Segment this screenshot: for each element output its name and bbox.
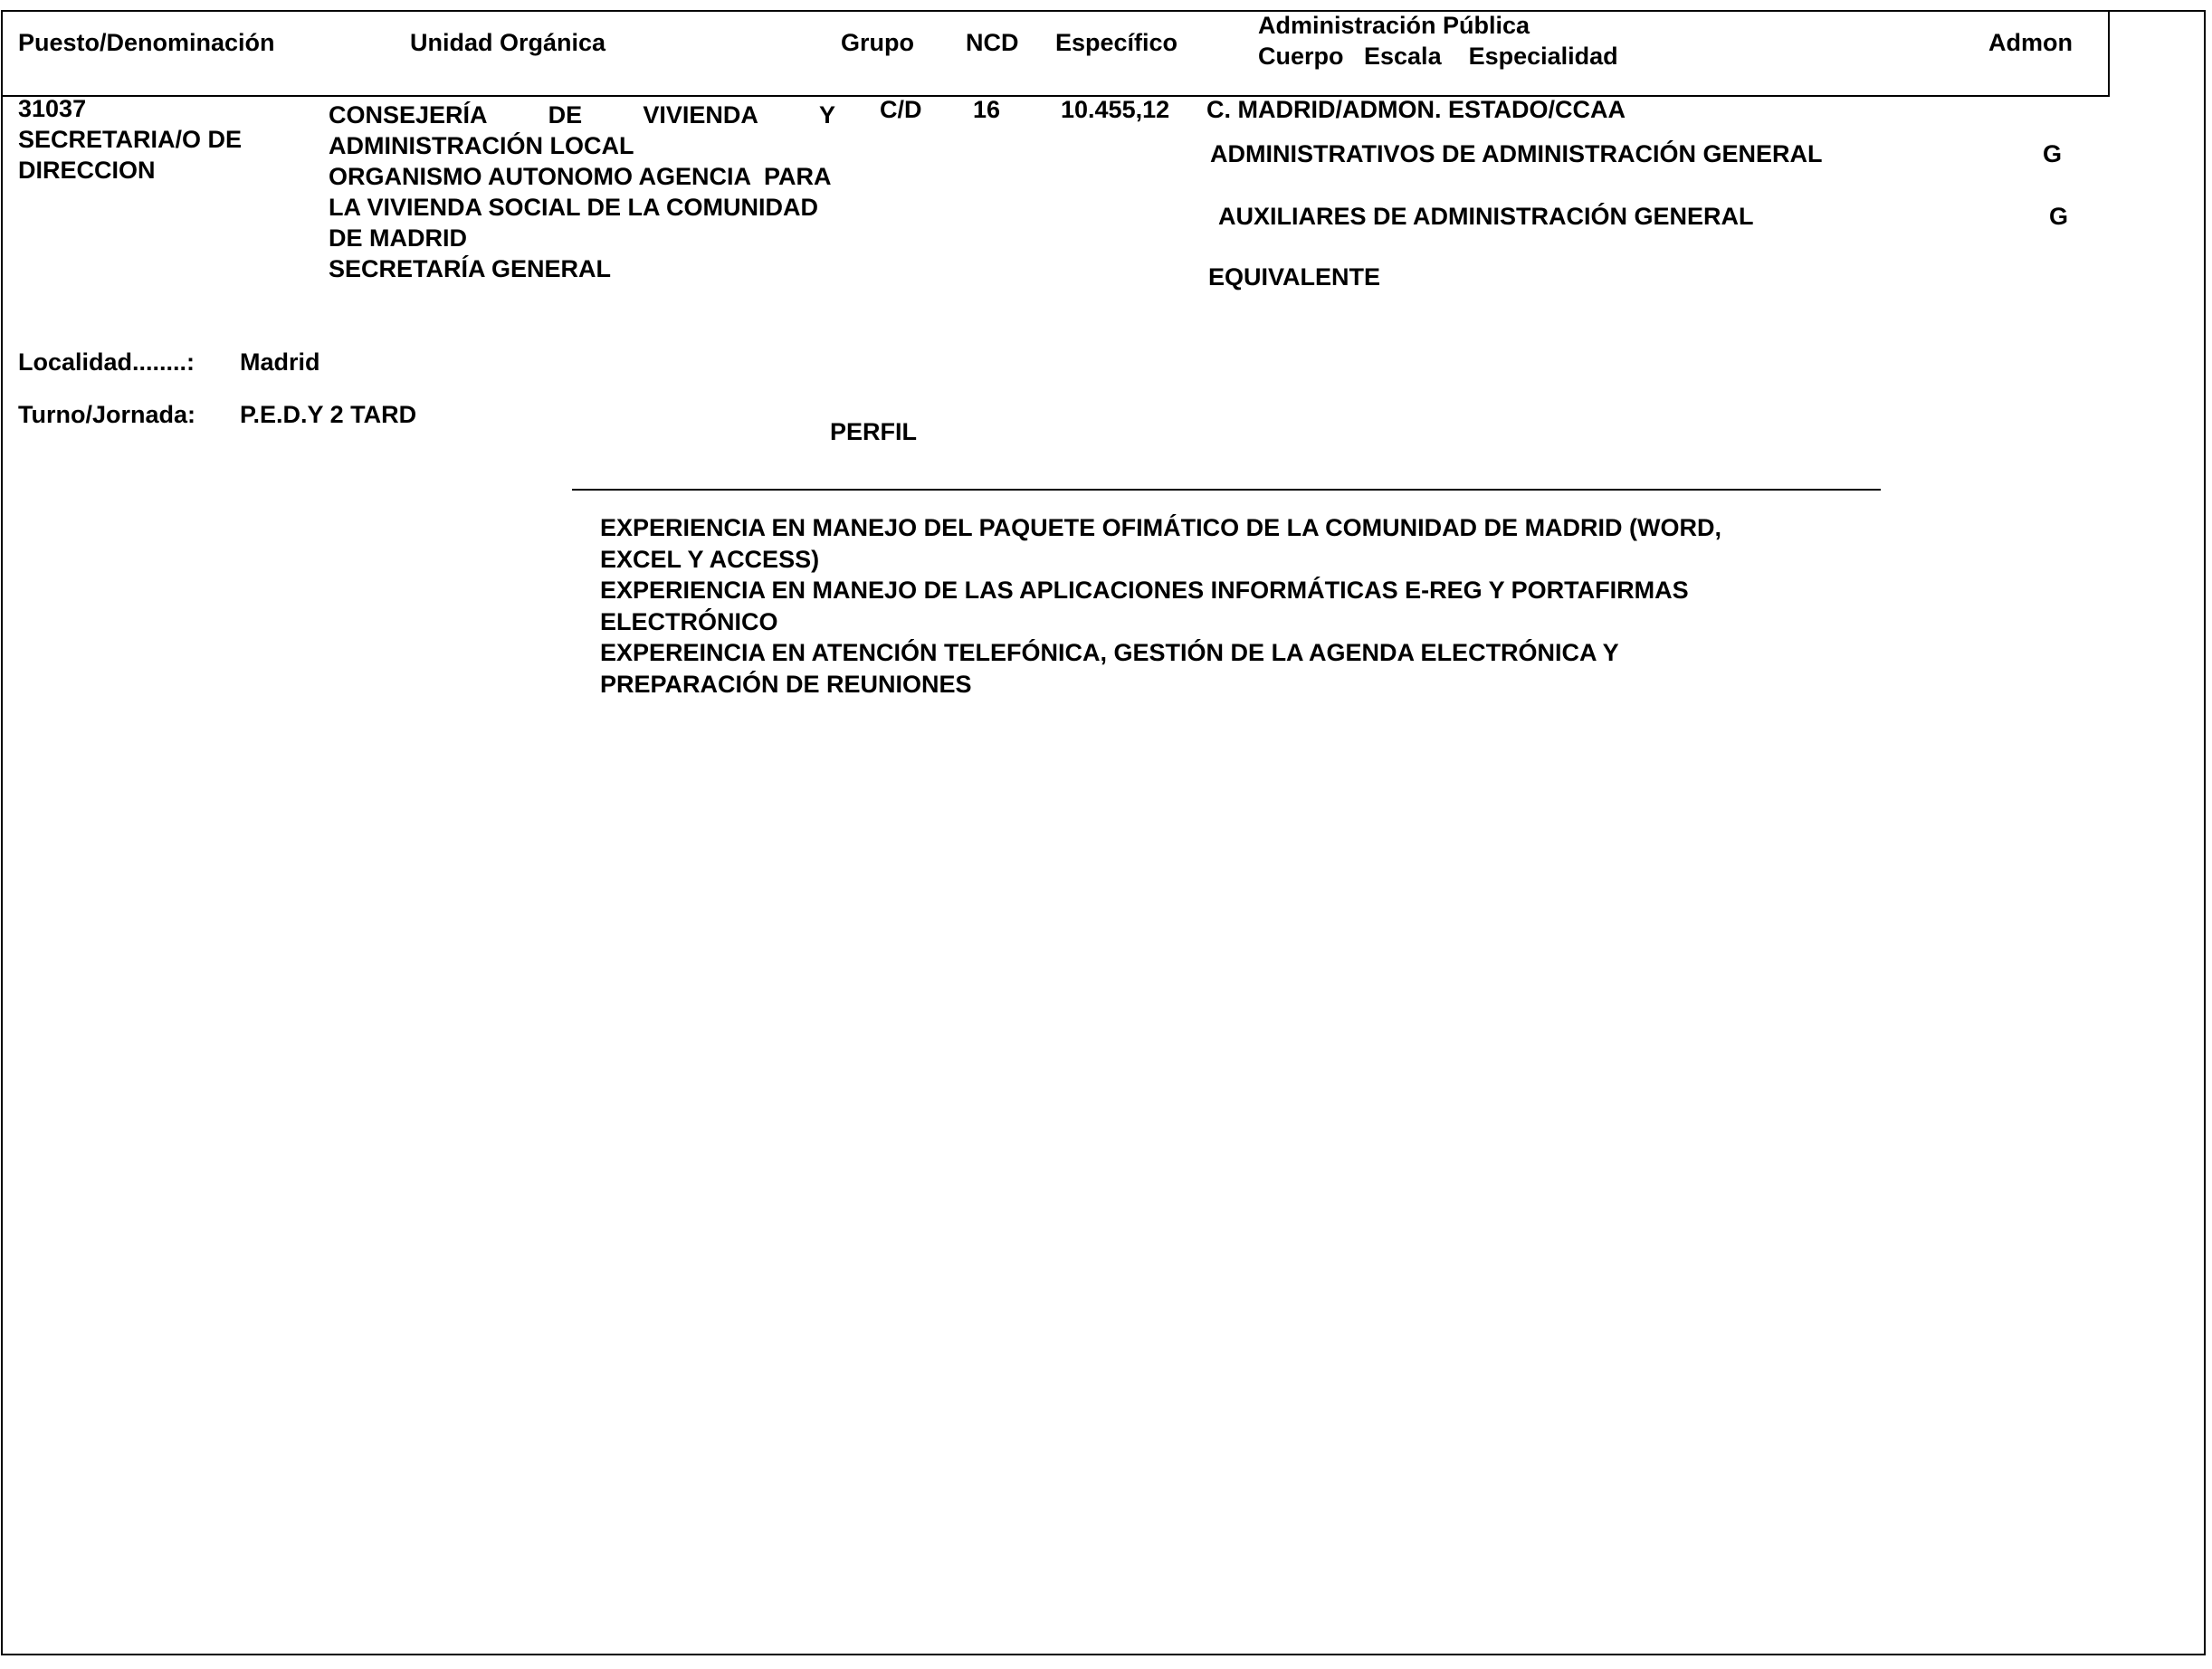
header-especifico: Específico [1055, 27, 1178, 58]
record-ncd: 16 [973, 94, 1000, 125]
perfil-line: PREPARACIÓN DE REUNIONES [600, 669, 1721, 701]
localidad-label: Localidad........: [18, 347, 195, 377]
unidad-line-1: CONSEJERÍA DE VIVIENDA Y [329, 100, 835, 130]
record-equivalente: EQUIVALENTE [1208, 262, 1380, 292]
unidad-line: ADMINISTRACIÓN LOCAL [329, 130, 881, 161]
cuerpo-2-admon: G [2049, 201, 2068, 232]
unidad-line: ORGANISMO AUTONOMO AGENCIA PARA [329, 161, 881, 192]
unidad-line: LA VIVIENDA SOCIAL DE LA COMUNIDAD [329, 192, 881, 223]
header-puesto: Puesto/Denominación [18, 27, 275, 58]
unidad-line: SECRETARÍA GENERAL [329, 253, 881, 284]
puesto-codigo: 31037 [18, 93, 242, 124]
perfil-line: ELECTRÓNICO [600, 606, 1721, 638]
puesto-block: 31037 SECRETARIA/O DE DIRECCION [18, 93, 242, 186]
unidad-line: DE MADRID [329, 223, 881, 253]
header-ncd: NCD [966, 27, 1019, 58]
unidad-word: DE [548, 100, 583, 130]
record-especifico: 10.455,12 [1061, 94, 1169, 125]
cuerpo-1-admon: G [2043, 138, 2062, 169]
record-grupo: C/D [880, 94, 922, 125]
header-admon: Admon [1988, 27, 2073, 58]
perfil-separator [572, 489, 1881, 491]
puesto-denominacion-1: SECRETARIA/O DE [18, 124, 242, 155]
perfil-line: EXCEL Y ACCESS) [600, 544, 1721, 576]
cuerpo-2-nombre: AUXILIARES DE ADMINISTRACIÓN GENERAL [1218, 201, 1754, 232]
header-cuerpo-escala-especialidad: Cuerpo Escala Especialidad [1258, 41, 1618, 72]
localidad-value: Madrid [240, 347, 320, 377]
header-unidad: Unidad Orgánica [410, 27, 605, 58]
perfil-line: EXPERIENCIA EN MANEJO DEL PAQUETE OFIMÁT… [600, 512, 1721, 544]
cuerpo-1-nombre: ADMINISTRATIVOS DE ADMINISTRACIÓN GENERA… [1210, 138, 1823, 169]
unidad-block: CONSEJERÍA DE VIVIENDA Y ADMINISTRACIÓN … [329, 96, 881, 284]
perfil-line: EXPEREINCIA EN ATENCIÓN TELEFÓNICA, GEST… [600, 637, 1721, 669]
unidad-word: VIVIENDA [643, 100, 758, 130]
header-grupo: Grupo [841, 27, 914, 58]
perfil-block: EXPERIENCIA EN MANEJO DEL PAQUETE OFIMÁT… [600, 512, 1721, 700]
perfil-line: EXPERIENCIA EN MANEJO DE LAS APLICACIONE… [600, 575, 1721, 606]
header-admin-publica: Administración Pública [1258, 10, 1530, 41]
unidad-word: Y [819, 100, 835, 130]
perfil-title: PERFIL [830, 416, 917, 447]
turno-label: Turno/Jornada: [18, 399, 195, 430]
record-administracion: C. MADRID/ADMON. ESTADO/CCAA [1206, 94, 1626, 125]
turno-value: P.E.D.Y 2 TARD [240, 399, 416, 430]
puesto-denominacion-2: DIRECCION [18, 155, 242, 186]
unidad-word: CONSEJERÍA [329, 100, 488, 130]
